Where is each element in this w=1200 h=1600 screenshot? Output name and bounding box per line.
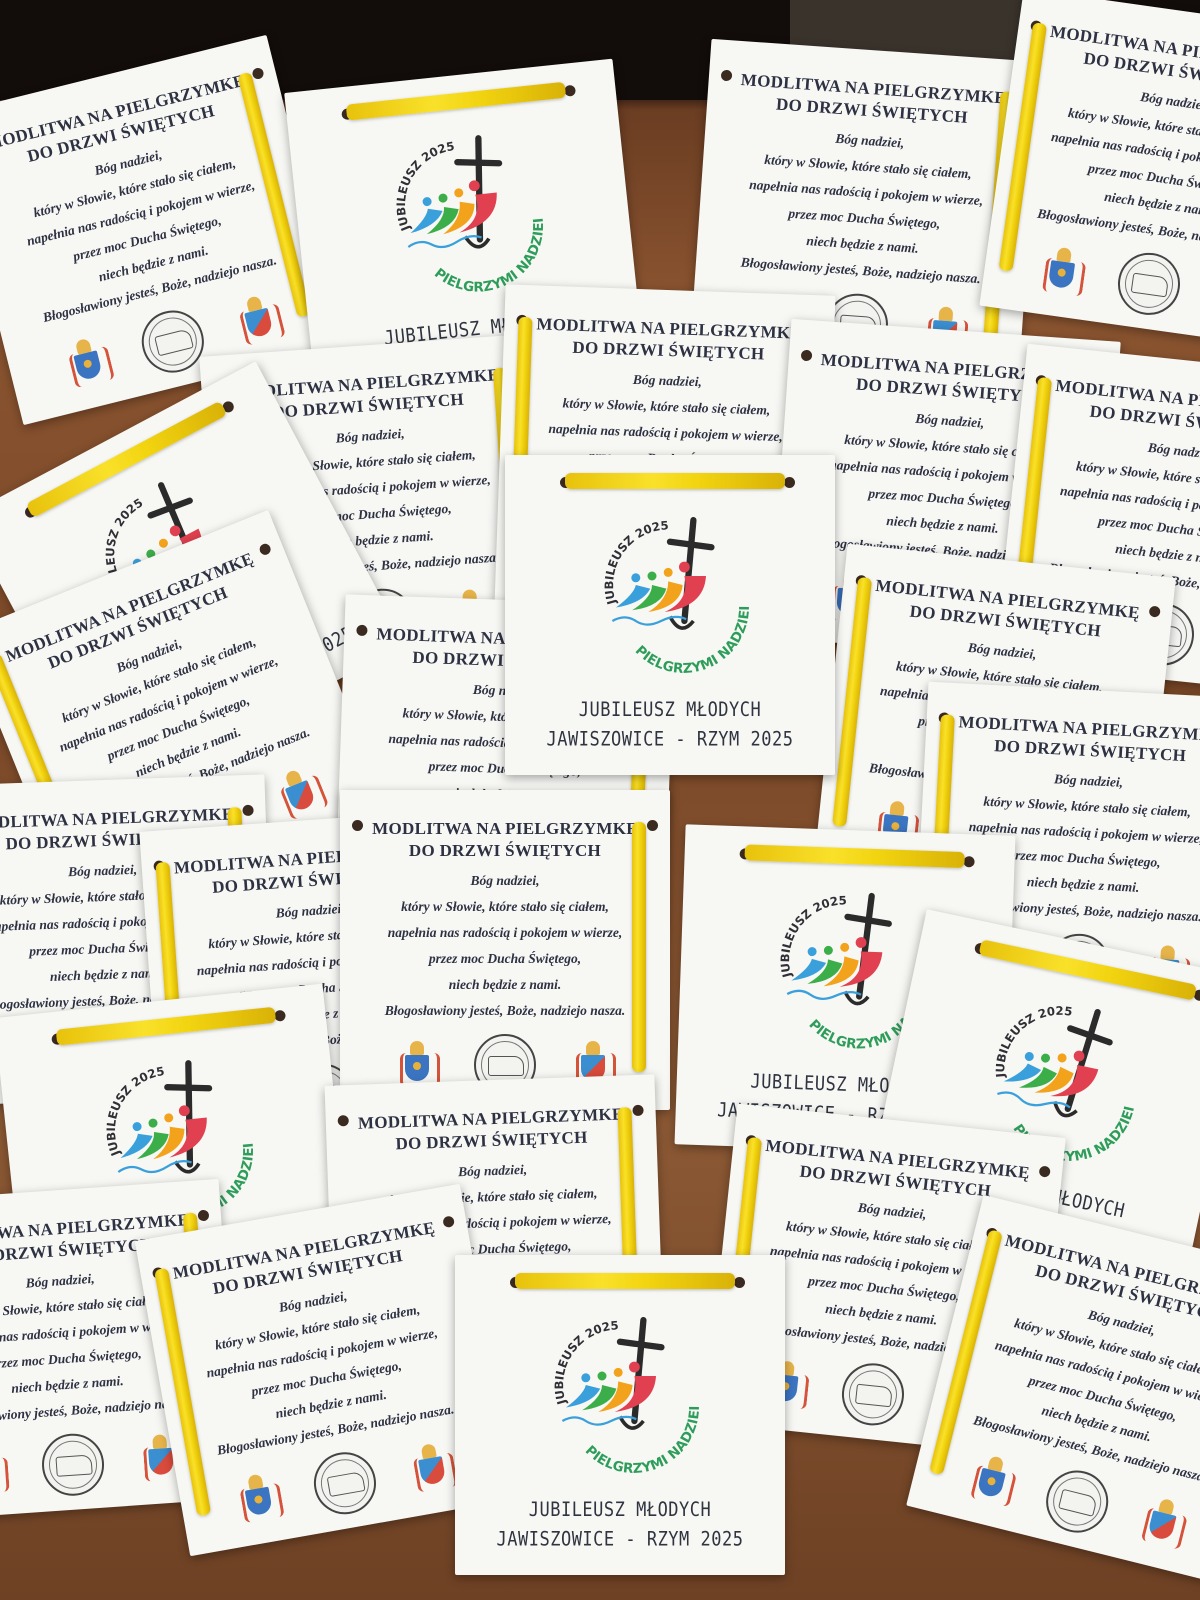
- jubilee-logo-card: JUBILEUSZ 2025 PIELGRZYMI NADZIEI JUBILE…: [455, 1255, 785, 1575]
- yellow-ribbon: [515, 1273, 735, 1289]
- subtitle-line1: JUBILEUSZ MŁODYCH: [505, 695, 835, 725]
- papal-coat-of-arms-icon: [969, 1453, 1014, 1508]
- prayer-line: Błogosławiony jesteś, Boże, nadziejo nas…: [340, 998, 670, 1024]
- prayer-card: MODLITWA NA PIELGRZYMKĘ DO DRZWI ŚWIĘTYC…: [340, 790, 670, 1110]
- yellow-ribbon: [744, 844, 964, 868]
- jubilee-logo-card: JUBILEUSZ 2025 PIELGRZYMI NADZIEI JUBILE…: [505, 455, 835, 775]
- papal-coat-of-arms-icon: [0, 1446, 4, 1496]
- jubilee-2025-logo-icon: JUBILEUSZ 2025 PIELGRZYMI NADZIEI: [530, 1295, 710, 1475]
- bishop-coat-of-arms-icon: [236, 293, 281, 348]
- papal-coat-of-arms-icon: [237, 1472, 279, 1525]
- punched-hole: [784, 477, 795, 488]
- prayer-text: Bóg nadziei, który w Słowie, które stało…: [340, 868, 670, 1024]
- punched-hole: [274, 1010, 286, 1022]
- prayer-line: napełnia nas radością i pokojem w wierze…: [340, 920, 670, 946]
- svg-text:PIELGRZYMI NADZIEI: PIELGRZYMI NADZIEI: [632, 606, 753, 675]
- prayer-title: MODLITWA NA PIELGRZYMKĘ DO DRZWI ŚWIĘTYC…: [325, 1102, 656, 1157]
- subtitle-line2: JAWISZOWICE - RZYM 2025: [505, 725, 835, 755]
- prayer-line: niech będzie z nami.: [340, 972, 670, 998]
- prayer-line: Bóg nadziei,: [340, 868, 670, 894]
- papal-coat-of-arms-icon: [1042, 246, 1082, 298]
- parish-church-seal-icon: [40, 1432, 106, 1498]
- punched-hole: [734, 1277, 745, 1288]
- parish-church-seal-icon: [1040, 1464, 1115, 1539]
- jubilee-2025-logo-icon: JUBILEUSZ 2025 PIELGRZYMI NADZIEI: [363, 106, 561, 304]
- svg-text:PIELGRZYMI NADZIEI: PIELGRZYMI NADZIEI: [582, 1406, 703, 1475]
- parish-church-seal-icon: [309, 1447, 381, 1519]
- punched-hole: [647, 820, 658, 831]
- prayer-title-line2: DO DRZWI ŚWIĘTYCH: [340, 840, 670, 862]
- prayer-title-line1: MODLITWA NA PIELGRZYMKĘ: [340, 818, 670, 840]
- punched-hole: [564, 85, 576, 97]
- bishop-coat-of-arms-icon: [1140, 1495, 1185, 1550]
- prayer-title: MODLITWA NA PIELGRZYMKĘ DO DRZWI ŚWIĘTYC…: [503, 312, 834, 367]
- parish-church-seal-icon: [839, 1360, 907, 1428]
- subtitle-line1: JUBILEUSZ MŁODYCH: [455, 1495, 785, 1525]
- prayer-title: MODLITWA NA PIELGRZYMKĘ DO DRZWI ŚWIĘTYC…: [340, 818, 670, 862]
- prayer-line: który w Słowie, które stało się ciałem,: [340, 894, 670, 920]
- prayer-line: przez moc Ducha Świętego,: [340, 946, 670, 972]
- bishop-coat-of-arms-icon: [411, 1441, 453, 1494]
- punched-hole: [352, 820, 363, 831]
- subtitle-line2: JAWISZOWICE - RZYM 2025: [455, 1525, 785, 1555]
- papal-coat-of-arms-icon: [65, 335, 110, 390]
- logo-card-subtitle: JUBILEUSZ MŁODYCH JAWISZOWICE - RZYM 202…: [455, 1495, 785, 1555]
- yellow-ribbon: [632, 822, 646, 1072]
- yellow-ribbon: [565, 473, 785, 489]
- jubilee-2025-logo-icon: JUBILEUSZ 2025 PIELGRZYMI NADZIEI: [580, 495, 760, 675]
- parish-church-seal-icon: [1114, 249, 1184, 319]
- logo-card-subtitle: JUBILEUSZ MŁODYCH JAWISZOWICE - RZYM 202…: [505, 695, 835, 755]
- bishop-coat-of-arms-icon: [275, 765, 325, 822]
- punched-hole: [963, 856, 974, 867]
